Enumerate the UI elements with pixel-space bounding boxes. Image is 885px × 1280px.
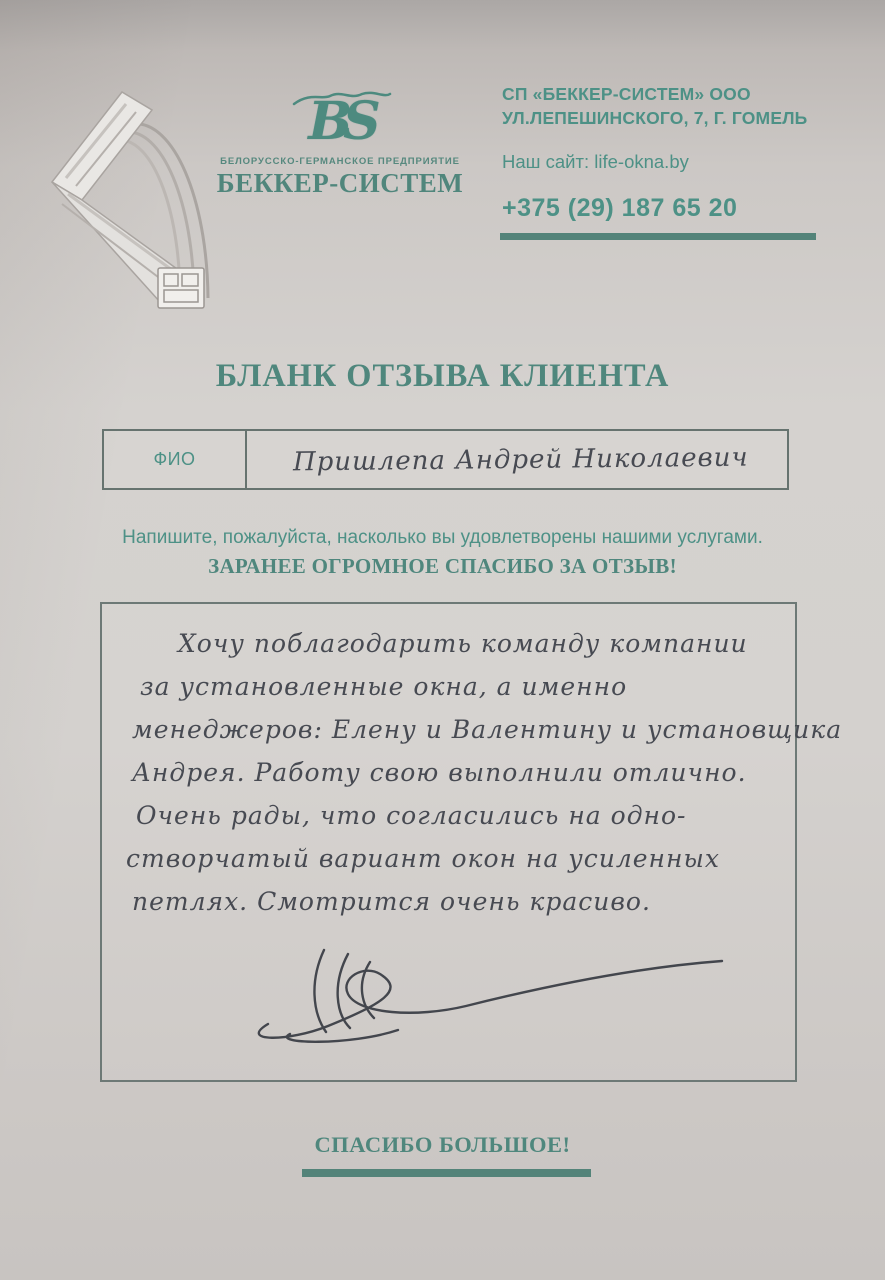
company-phone: +375 (29) 187 65 20 xyxy=(502,194,832,223)
handwritten-review: Хочу поблагодарить команду компании за у… xyxy=(132,622,781,923)
company-legal-name: СП «БЕККЕР-СИСТЕМ» ООО xyxy=(502,82,832,106)
fio-handwritten-value: Пришлепа Андрей Николаевич xyxy=(293,442,749,477)
fio-table: ФИО Пришлепа Андрей Николаевич xyxy=(102,429,789,490)
fio-value-cell: Пришлепа Андрей Николаевич xyxy=(247,431,787,488)
logo-company-name: БЕККЕР-СИСТЕМ xyxy=(200,168,480,199)
contact-block: СП «БЕККЕР-СИСТЕМ» ООО УЛ.ЛЕПЕШИНСКОГО, … xyxy=(502,82,832,223)
header-divider-rule xyxy=(500,233,816,240)
company-website: Наш сайт: life-okna.by xyxy=(502,151,832,173)
review-line: менеджеров: Елену и Валентину и установщ… xyxy=(132,708,781,751)
review-line: Андрея. Работу свою выполнили отлично. xyxy=(132,751,781,794)
review-line: за установленные окна, а именно xyxy=(140,665,781,708)
thanks-big-text: СПАСИБО БОЛЬШОЕ! xyxy=(0,1132,885,1158)
scanned-feedback-form: BS БЕЛОРУССКО-ГЕРМАНСКОЕ ПРЕДПРИЯТИЕ БЕК… xyxy=(0,0,885,1280)
form-title: БЛАНК ОТЗЫВА КЛИЕНТА xyxy=(9,358,876,395)
review-line: Очень рады, что согласились на одно- xyxy=(136,794,781,837)
review-line: Хочу поблагодарить команду компании xyxy=(178,622,781,665)
company-logo: BS БЕЛОРУССКО-ГЕРМАНСКОЕ ПРЕДПРИЯТИЕ БЕК… xyxy=(200,88,480,199)
review-box: Хочу поблагодарить команду компании за у… xyxy=(100,602,797,1082)
fio-label: ФИО xyxy=(104,431,247,488)
logo-monogram: BS xyxy=(200,98,480,146)
signature-scribble xyxy=(230,932,730,1047)
logo-subtitle: БЕЛОРУССКО-ГЕРМАНСКОЕ ПРЕДПРИЯТИЕ xyxy=(200,156,480,167)
thanks-in-advance-text: ЗАРАНЕЕ ОГРОМНОЕ СПАСИБО ЗА ОТЗЫВ! xyxy=(0,554,885,579)
thanks-underline-rule xyxy=(302,1169,591,1177)
company-address: УЛ.ЛЕПЕШИНСКОГО, 7, Г. ГОМЕЛЬ xyxy=(502,106,832,130)
review-line: створчатый вариант окон на усиленных xyxy=(126,837,781,880)
instruction-text: Напишите, пожалуйста, насколько вы удовл… xyxy=(0,527,885,549)
review-line: петлях. Смотрится очень красиво. xyxy=(132,880,781,923)
window-profile-illustration xyxy=(22,62,217,320)
